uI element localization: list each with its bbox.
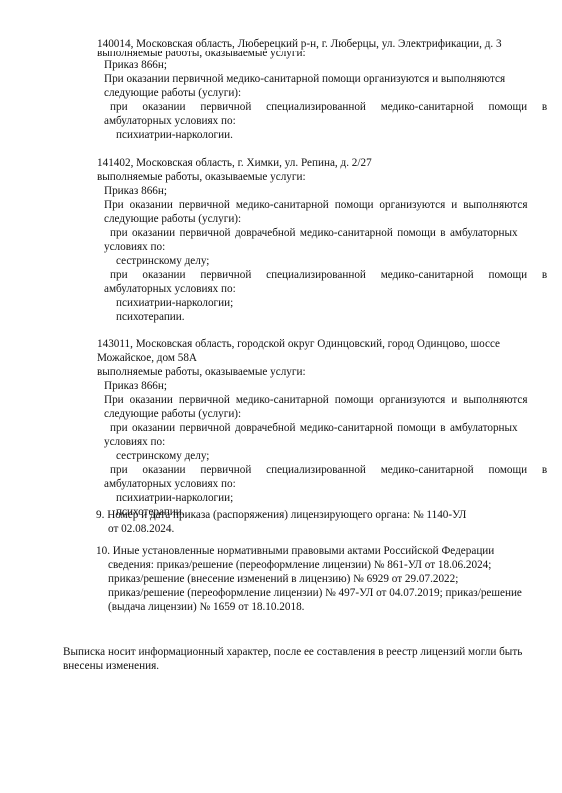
item9-line1: 9. Номер и дата приказа (распоряжения) л…: [96, 509, 466, 522]
footer-note-line1: Выписка носит информационный характер, п…: [63, 646, 522, 659]
intro-1-line1: При оказании первичной медико-санитарной…: [104, 73, 536, 86]
section-2-2-heading-line1: при оказании первичной специализированно…: [110, 269, 547, 282]
address-3-line1: 143011, Московская область, городской ок…: [97, 338, 500, 351]
intro-3-line1: При оказании первичной медико-санитарной…: [104, 394, 528, 407]
footer-note-line2: внесены изменения.: [63, 660, 159, 673]
intro-3-line2: следующие работы (услуги):: [104, 408, 241, 421]
intro-1-line2: следующие работы (услуги):: [104, 87, 241, 100]
list-item: психиатрии-наркологии;: [116, 492, 233, 505]
document-page: 140014, Московская область, Люберецкий р…: [0, 0, 562, 793]
list-item: психиатрии-наркологии.: [116, 129, 233, 142]
item9-line2: от 02.08.2024.: [108, 523, 174, 536]
item10-line1: 10. Иные установленные нормативными прав…: [96, 545, 494, 558]
intro-2-line1: При оказании первичной медико-санитарной…: [104, 199, 528, 212]
item10-line3: приказ/решение (внесение изменений в лиц…: [108, 573, 458, 586]
section-3-1-heading-line1: при оказании первичной доврачебной медик…: [110, 422, 518, 435]
section-3-2-heading-line1: при оказании первичной специализированно…: [110, 464, 547, 477]
item10-line5: (выдача лицензии) № 1659 от 18.10.2018.: [108, 601, 304, 614]
works-label-3: выполняемые работы, оказываемые услуги:: [97, 366, 306, 379]
order-1: Приказ 866н;: [104, 59, 167, 72]
address-2: 141402, Московская область, г. Химки, ул…: [97, 157, 372, 170]
section-1-1-heading-line2: амбулаторных условиях по:: [104, 115, 236, 128]
section-2-1-heading-line1: при оказании первичной доврачебной медик…: [110, 227, 518, 240]
item10-line4: приказ/решение (переоформление лицензии)…: [108, 587, 522, 600]
order-2: Приказ 866н;: [104, 185, 167, 198]
address-1: 140014, Московская область, Люберецкий р…: [97, 38, 502, 51]
list-item: психотерапии.: [116, 311, 185, 324]
address-3-line2: Можайское, дом 58А: [97, 352, 197, 365]
order-3: Приказ 866н;: [104, 380, 167, 393]
section-1-1-heading-line1: при оказании первичной специализированно…: [110, 101, 536, 114]
section-2-1-heading-line2: условиях по:: [104, 241, 165, 254]
section-2-2-heading-line2: амбулаторных условиях по:: [104, 283, 236, 296]
works-label-1: выполняемые работы, оказываемые услуги:: [97, 51, 306, 59]
list-item: психиатрии-наркологии;: [116, 297, 233, 310]
intro-2-line2: следующие работы (услуги):: [104, 213, 241, 226]
section-3-1-heading-line2: условиях по:: [104, 436, 165, 449]
item10-line2: сведения: приказ/решение (переоформление…: [108, 559, 491, 572]
list-item: сестринскому делу;: [116, 450, 209, 463]
list-item: сестринскому делу;: [116, 255, 209, 268]
works-label-2: выполняемые работы, оказываемые услуги:: [97, 171, 306, 184]
section-3-2-heading-line2: амбулаторных условиях по:: [104, 478, 236, 491]
